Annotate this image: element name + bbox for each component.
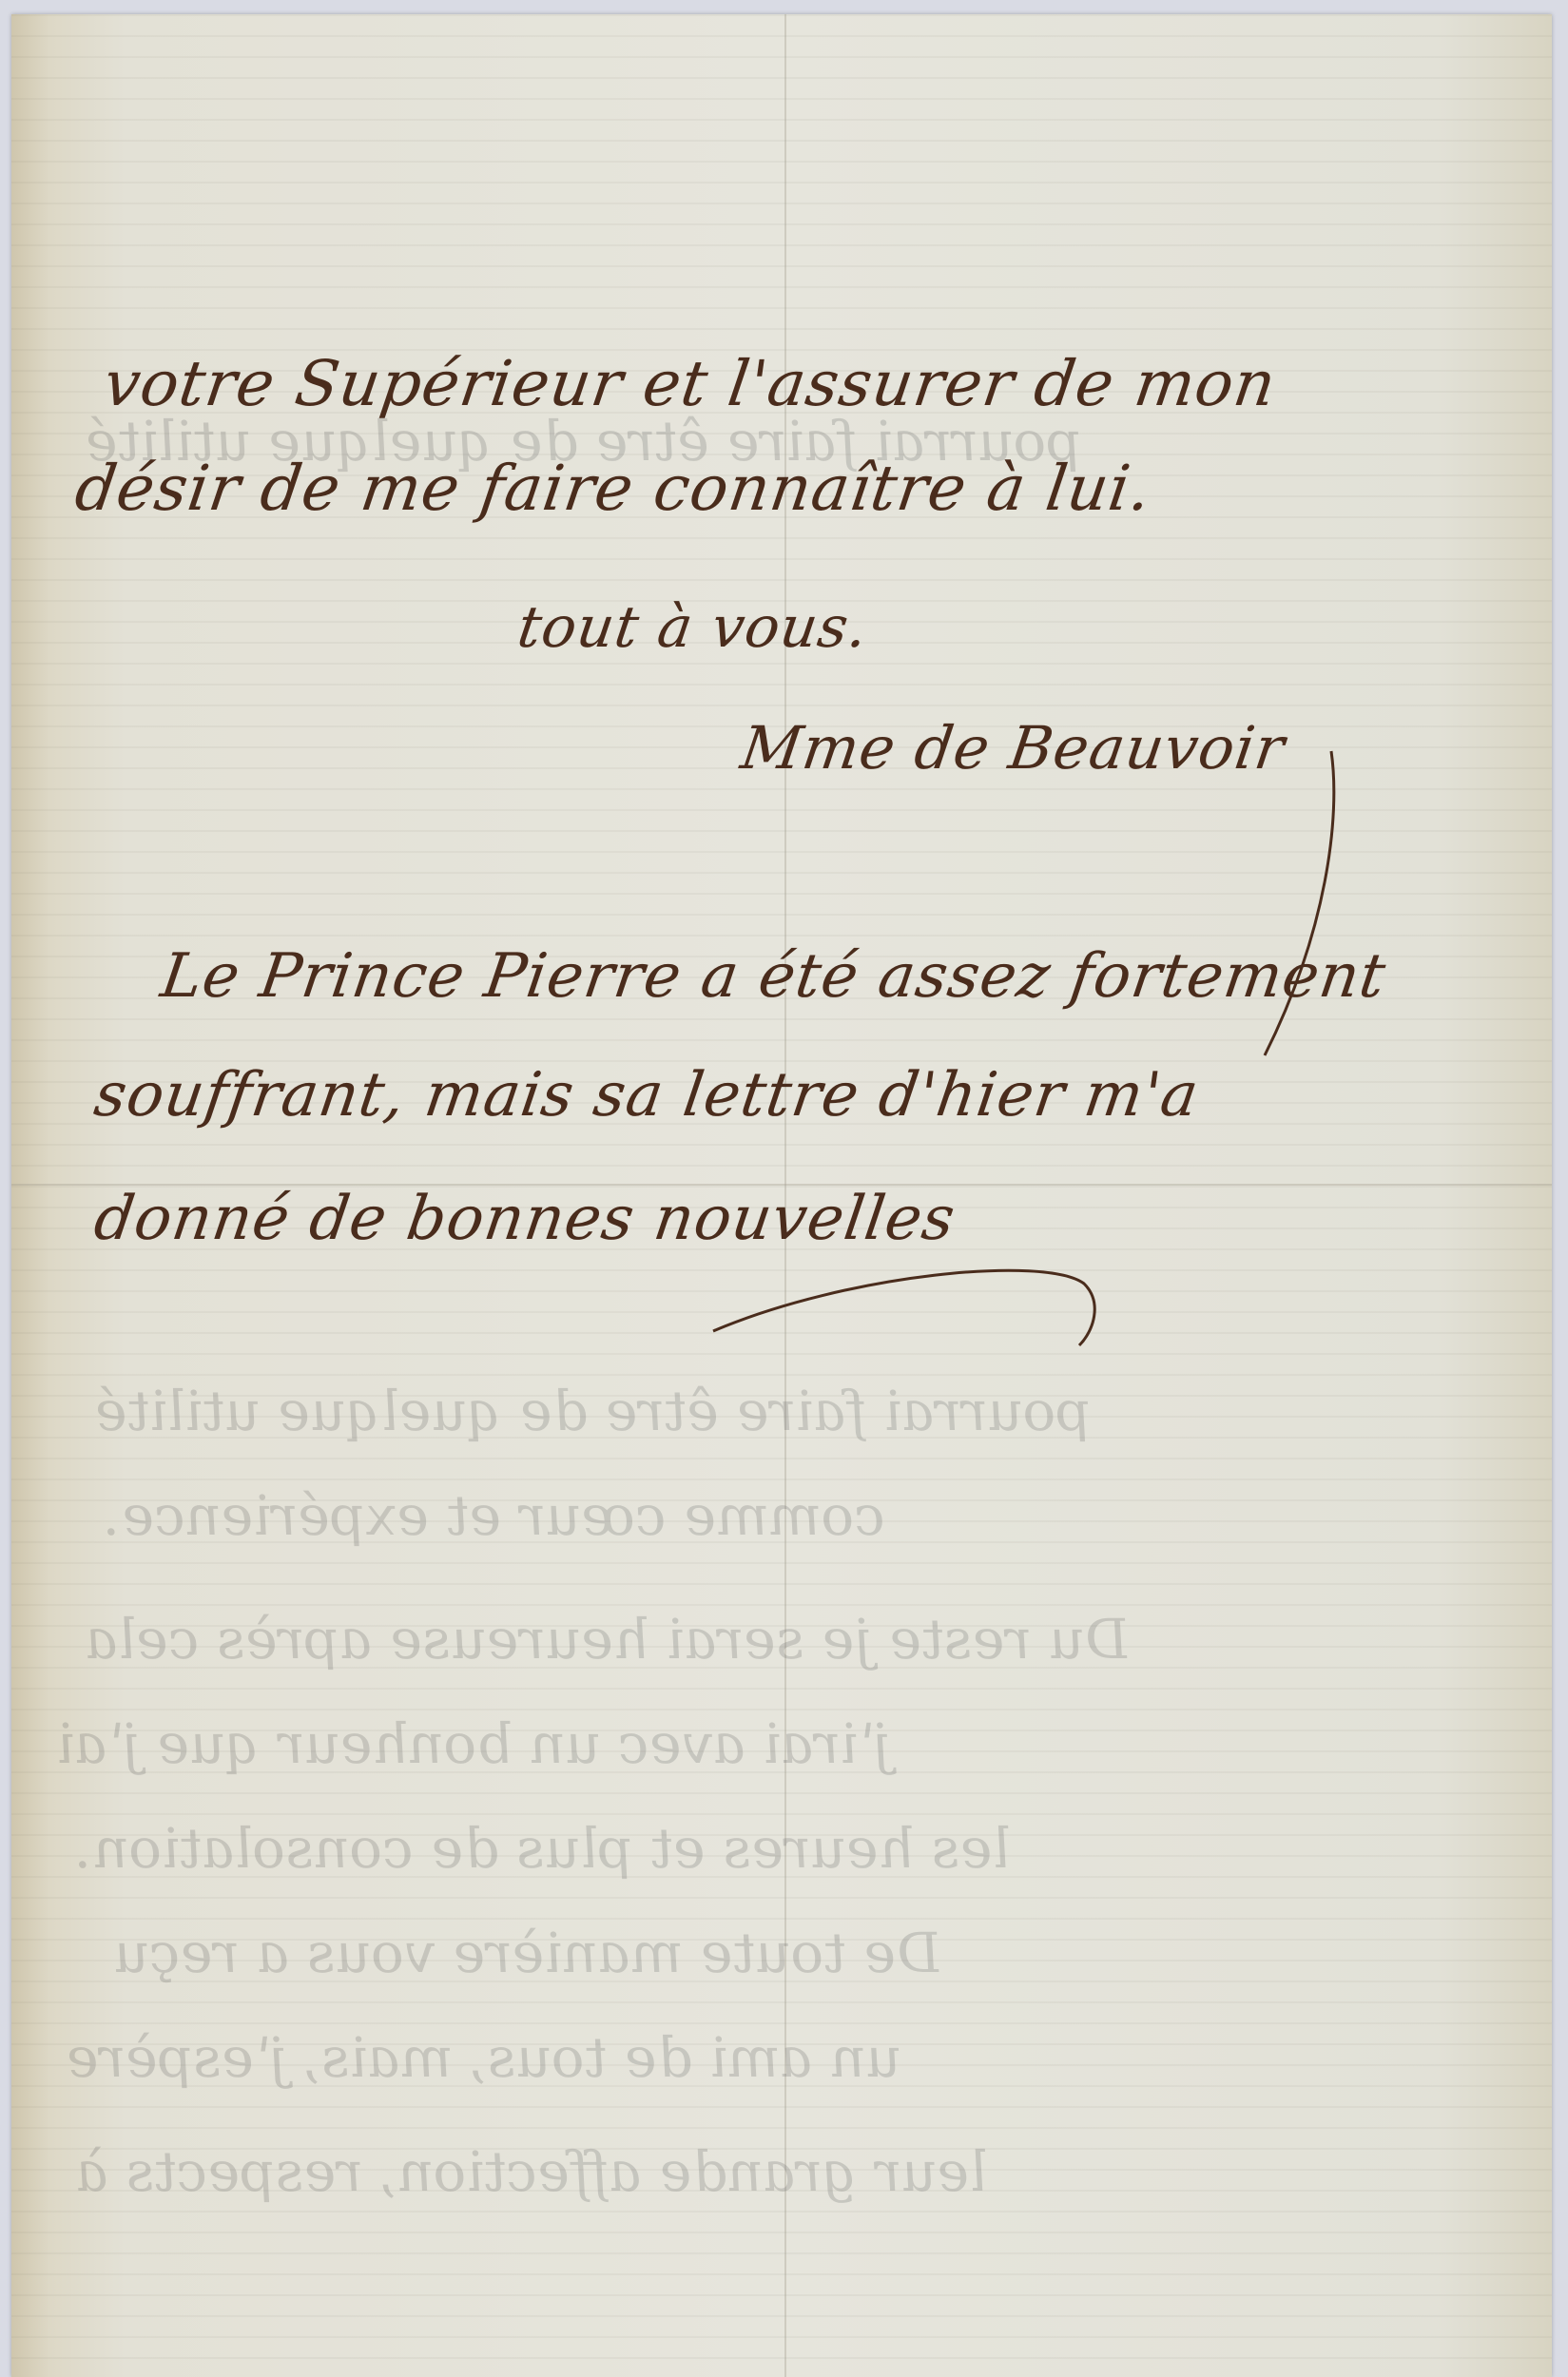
bleed-through-line: j'irai avec un bonheur que j'ai (52, 1711, 895, 1776)
bleed-through-line: comme cœur et expérience. (100, 1483, 890, 1548)
bleed-through-line: un ami de tous, mais, j'espère (62, 2025, 906, 2090)
signature: Mme de Beauvoir (737, 713, 1289, 783)
signature-flourish (1236, 742, 1369, 1074)
closing-line: tout à vous. (513, 594, 872, 661)
bleed-through-line: pourrai faire être de quelque utilité (90, 1379, 1096, 1443)
letter-line: votre Supérieur et l'assurer de mon (100, 347, 1281, 420)
bleed-through-line: leur grande affection, respects à (71, 2139, 992, 2204)
bleed-through-line: Du reste je serai heureuse après cela (81, 1607, 1133, 1672)
closing-flourish (704, 1255, 1160, 1369)
bleed-through-line: les heures et plus de consolation. (71, 1816, 1015, 1881)
postscript-line: souffrant, mais sa lettre d'hier m'a (90, 1060, 1204, 1131)
letter-line: désir de me faire connaître à lui. (71, 452, 1156, 525)
postscript-line: donné de bonnes nouvelles (90, 1184, 959, 1254)
bleed-through-line: De toute manière vous a reçu (109, 1921, 945, 1985)
postscript-line: Le Prince Pierre a été assez fortement (157, 941, 1390, 1012)
